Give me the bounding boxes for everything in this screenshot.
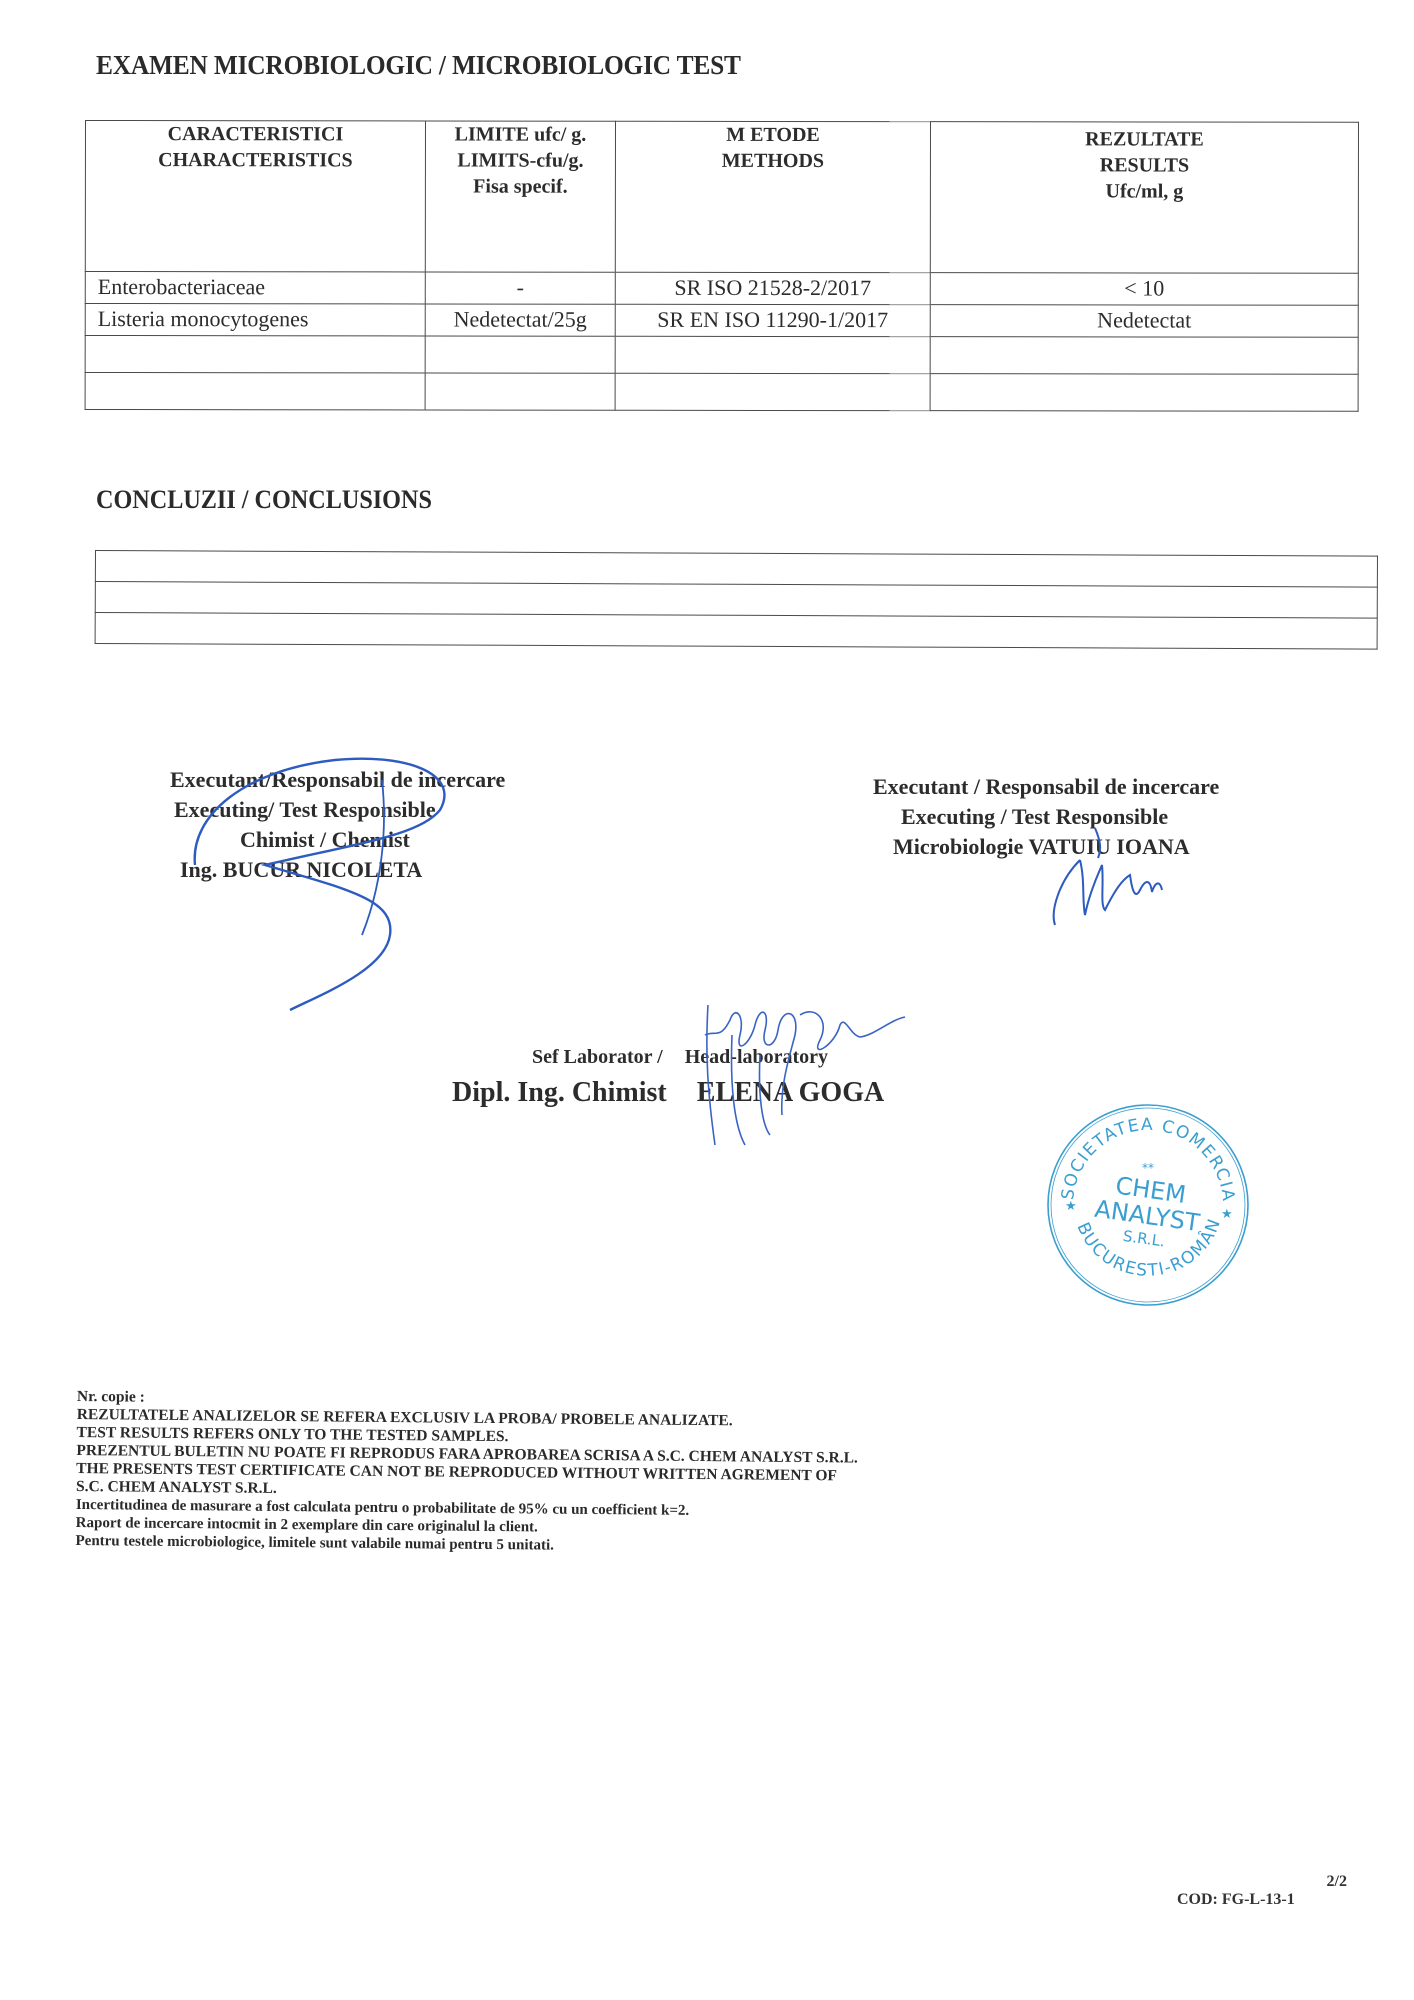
head-laboratory-role: Sef Laborator /Head-laboratory [532,1046,828,1069]
table-row [85,336,1358,375]
cell-characteristic [85,373,425,410]
cell-result: Nedetectat [930,305,1358,338]
header-text: REZULTATE [931,126,1358,153]
footer-notes: Nr. copie : REZULTATELE ANALIZELOR SE RE… [75,1388,858,1557]
stamp-stars: ** [1142,1161,1154,1175]
cell-characteristic: Enterobacteriaceae [85,272,425,304]
table-row [85,373,1358,412]
cell-method [615,373,930,410]
document-code: COD: FG-L-13-1 [1177,1891,1295,1909]
head-name: ELENA GOGA [697,1077,884,1108]
header-results: REZULTATE RESULTS Ufc/ml, g [930,122,1358,274]
header-text: M ETODE [616,122,930,148]
svg-text:★: ★ [1065,1199,1077,1214]
header-characteristics: CARACTERISTICI CHARACTERISTICS [85,121,425,272]
conclusions-title: CONCLUZII / CONCLUSIONS [96,485,432,515]
cell-method [615,336,930,373]
signature-role-en: Executing/ Test Responsible [174,795,505,825]
cell-characteristic [85,336,425,373]
signature-discipline: Chimist / Chemist [240,825,505,855]
head-role-ro: Sef Laborator / [532,1046,663,1068]
table-row: Listeria monocytogenes Nedetectat/25g SR… [85,304,1358,338]
header-methods: M ETODE METHODS [615,121,930,272]
header-text: CHARACTERISTICS [86,147,425,173]
header-text: LIMITS-cfu/g. [426,147,615,173]
conclusion-line-cell [95,613,1377,650]
signature-role-en: Executing / Test Responsible [901,802,1219,832]
signature-block-chemist: Executant/Responsabil de incercare Execu… [170,765,505,885]
svg-text:★: ★ [1221,1207,1233,1222]
cell-method: SR ISO 21528-2/2017 [615,272,930,304]
signature-role-ro: Executant / Responsabil de incercare [873,772,1219,802]
cell-method: SR EN ISO 11290-1/2017 [615,304,930,336]
header-limits: LIMITE ufc/ g. LIMITS-cfu/g. Fisa specif… [425,121,615,272]
head-laboratory-name: Dipl. Ing. ChimistELENA GOGA [452,1077,884,1109]
cell-result [930,337,1358,375]
header-text: Fisa specif. [426,173,615,199]
cell-limit: - [425,272,615,304]
header-text: LIMITE ufc/ g. [426,121,615,147]
cell-limit [425,336,615,373]
conclusion-line [95,613,1377,650]
results-table: CARACTERISTICI CHARACTERISTICS LIMITE uf… [85,120,1359,412]
document-title: EXAMEN MICROBIOLOGIC / MICROBIOLOGIC TES… [96,50,741,81]
signature-role-ro: Executant/Responsabil de incercare [170,765,505,795]
conclusions-table [95,550,1378,650]
cell-limit: Nedetectat/25g [425,304,615,336]
signature-block-microbiology: Executant / Responsabil de incercare Exe… [873,772,1219,862]
head-title: Dipl. Ing. Chimist [452,1077,667,1108]
results-header-row: CARACTERISTICI CHARACTERISTICS LIMITE uf… [85,121,1358,274]
head-role-en: Head-laboratory [685,1046,828,1068]
header-text: RESULTS [931,152,1358,179]
header-text: CARACTERISTICI [86,121,425,147]
signature-name: Ing. BUCUR NICOLETA [180,855,505,885]
cell-characteristic: Listeria monocytogenes [85,304,425,336]
table-row: Enterobacteriaceae - SR ISO 21528-2/2017… [85,272,1358,306]
header-text: Ufc/ml, g [931,178,1358,205]
cell-result [930,374,1358,412]
cell-result: < 10 [930,273,1358,306]
header-text: METHODS [616,148,930,174]
company-stamp-icon: SOCIETATEA COMERCIALĂ BUCURESTI-ROMÂNIA … [1043,1100,1253,1310]
page-number: 2/2 [1295,1873,1347,1891]
signature-name: Microbiologie VATUIU IOANA [893,832,1219,862]
cell-limit [425,373,615,410]
